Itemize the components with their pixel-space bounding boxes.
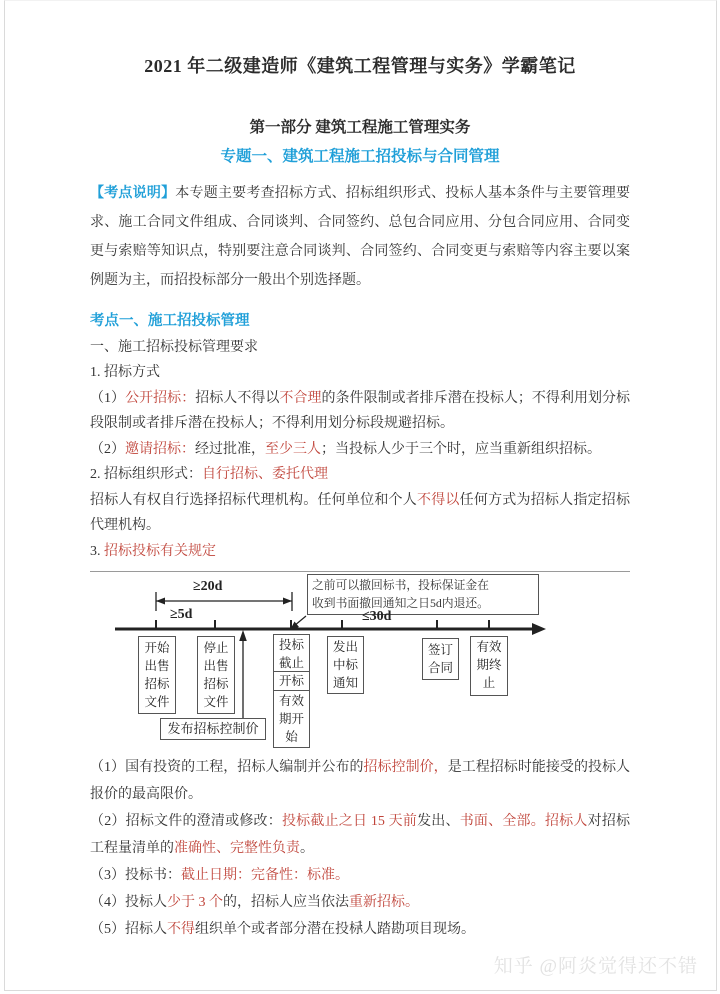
bidding-rules-list: （1）国有投资的工程，招标人编制并公布的招标控制价，是工程招标时能接受的投标人报… xyxy=(90,754,630,943)
event-box-start-sale: 开始 出售 招标 文件 xyxy=(138,636,176,714)
part-heading: 第一部分 建筑工程施工管理实务 xyxy=(90,115,630,137)
page-number: 1 xyxy=(0,918,720,933)
exam-point-label: 【考点说明】 xyxy=(90,186,175,201)
paragraph-invited-bidding: （2）邀请招标：经过批准，至少三人；当投标人少于三个时，应当重新组织招标。 xyxy=(90,437,630,463)
event-box-sign-contract: 签订 合同 xyxy=(422,638,459,680)
event-box-stop-sale: 停止 出售 招标 文件 xyxy=(197,636,235,714)
paragraph-open-bidding: （1）公开招标：招标人不得以不合理的条件限制或者排斥潜在投标人；不得利用划分标段… xyxy=(90,386,630,437)
dimension-label-20d: ≥20d xyxy=(193,579,222,595)
event-box-bid-deadline-stack: 投标 截止 开标 有效 期开 始 xyxy=(273,634,310,748)
dimension-label-30d: ≤30d xyxy=(362,609,391,625)
event-bid-opening: 开标 xyxy=(273,672,310,691)
event-bid-deadline: 投标 截止 xyxy=(273,634,310,672)
bidding-timeline-figure: 之前可以撤回标书，投标保证金在 收到书面撤回通知之日5d内退还。 ≥20d ≥5… xyxy=(90,571,630,754)
item-bidding-regulations: 3. 招标投标有关规定 xyxy=(90,539,630,565)
event-box-award-notice: 发出 中标 通知 xyxy=(327,636,364,694)
event-box-control-price: 发布招标控制价 xyxy=(160,718,266,740)
rule-bid-document: （3）投标书：截止日期：完备性：标准。 xyxy=(90,862,630,889)
exam-point-text: 本专题主要考查招标方式、招标组织形式、投标人基本条件与主要管理要求、施工合同文件… xyxy=(90,186,630,288)
rule-clarification: （2）招标文件的澄清或修改：投标截止之日 15 天前发出、书面、全部。招标人对招… xyxy=(90,808,630,862)
exam-point-note: 【考点说明】本专题主要考查招标方式、招标组织形式、投标人基本条件与主要管理要求、… xyxy=(90,179,630,295)
rule-less-than-three: （4）投标人少于 3 个的，招标人应当依法重新招标。 xyxy=(90,889,630,916)
event-box-validity-end: 有效 期终 止 xyxy=(470,636,508,696)
dimension-label-5d: ≥5d xyxy=(170,607,192,623)
document-page: 2021 年二级建造师《建筑工程管理与实务》学霸笔记 第一部分 建筑工程施工管理… xyxy=(0,0,720,943)
topic-heading: 专题一、建筑工程施工招投标与合同管理 xyxy=(90,144,630,166)
paragraph-agency-selection: 招标人有权自行选择招标代理机构。任何单位和个人不得以任何方式为招标人指定招标代理… xyxy=(90,488,630,539)
subheading-management-requirements: 一、施工招标投标管理要求 xyxy=(90,335,630,361)
document-title: 2021 年二级建造师《建筑工程管理与实务》学霸笔记 xyxy=(90,52,630,78)
event-validity-start: 有效 期开 始 xyxy=(273,691,310,748)
paragraph-organization-form: 2. 招标组织形式：自行招标、委托代理 xyxy=(90,462,630,488)
rule-control-price: （1）国有投资的工程，招标人编制并公布的招标控制价，是工程招标时能接受的投标人报… xyxy=(90,754,630,808)
section-heading-kd1: 考点一、施工招投标管理 xyxy=(90,309,630,335)
withdraw-bid-callout: 之前可以撤回标书，投标保证金在 收到书面撤回通知之日5d内退还。 xyxy=(307,574,539,615)
zhihu-watermark: 知乎 @阿炎觉得还不错 xyxy=(494,951,698,978)
item-bidding-methods: 1. 招标方式 xyxy=(90,360,630,386)
